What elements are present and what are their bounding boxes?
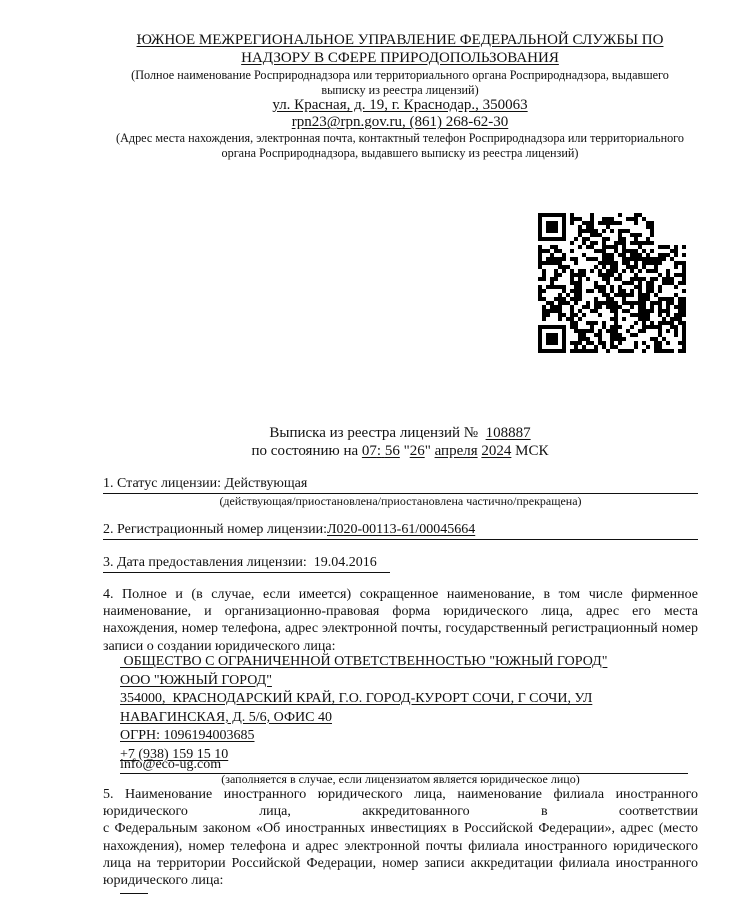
as-of-prefix: по состоянию на (252, 443, 359, 459)
org-name-note-line-1: (Полное наименование Росприроднадзора ил… (100, 68, 700, 83)
foreign-entity-line-2: юридического лица, аккредитованного в со… (103, 803, 698, 820)
legal-entity-address-line-2: НАВАГИНСКАЯ, Д. 5/6, ОФИС 40 (120, 709, 607, 728)
address-note-line-2: органа Росприроднадзора, выдавшего выпис… (100, 146, 700, 161)
legal-entity-email: info@eco-ug.com (120, 757, 221, 772)
as-of-hour: 07: (362, 443, 381, 459)
extract-title-prefix: Выписка из реестра лицензий № (269, 425, 478, 441)
issuing-authority-name: ЮЖНОЕ МЕЖРЕГИОНАЛЬНОЕ УПРАВЛЕНИЕ ФЕДЕРАЛ… (100, 31, 700, 67)
foreign-entity-line-1: 5. Наименование иностранного юридическог… (103, 786, 698, 803)
legal-entity-short-name: ООО "ЮЖНЫЙ ГОРОД" (120, 672, 607, 691)
org-name-note: (Полное наименование Росприроднадзора ил… (100, 68, 700, 98)
extract-number-line: Выписка из реестра лицензий № 108887 (200, 424, 600, 442)
legal-entity-details: ОБЩЕСТВО С ОГРАНИЧЕННОЙ ОТВЕТСТВЕННОСТЬЮ… (120, 653, 607, 764)
license-reg-number-row: 2. Регистрационный номер лицензии:Л020-0… (103, 522, 698, 540)
foreign-entity-value-blank (120, 893, 148, 894)
license-status-label: 1. Статус лицензии: (103, 476, 221, 491)
legal-entity-full-name: ОБЩЕСТВО С ОГРАНИЧЕННОЙ ОТВЕТСТВЕННОСТЬЮ… (120, 653, 607, 672)
as-of-month: апреля (435, 443, 478, 459)
as-of-day: 26 (410, 443, 425, 459)
org-name-note-line-2: выписку из реестра лицензий) (100, 83, 700, 98)
extract-number: 108887 (486, 425, 531, 441)
authority-contacts: ул. Красная, д. 19, г. Краснодар., 35006… (100, 97, 700, 131)
foreign-entity-description: 5. Наименование иностранного юридическог… (103, 786, 698, 889)
license-issue-date-value: 19.04.2016 (314, 555, 377, 570)
foreign-entity-rest: с Федеральным законом «Об иностранных ин… (103, 821, 698, 888)
license-status-value: Действующая (225, 476, 308, 491)
as-of-timezone: МСК (515, 443, 548, 459)
extract-as-of-line: по состоянию на 07: 56 "26" апреля 2024 … (200, 442, 600, 460)
address-note-line-1: (Адрес места нахождения, электронная поч… (100, 131, 700, 146)
license-status-row: 1. Статус лицензии: Действующая (103, 476, 698, 494)
license-issue-date-row: 3. Дата предоставления лицензии: 19.04.2… (103, 555, 390, 573)
as-of-year: 2024 (481, 443, 511, 459)
legal-entity-ogrn: ОГРН: 1096194003685 (120, 727, 607, 746)
org-name-line-1: ЮЖНОЕ МЕЖРЕГИОНАЛЬНОЕ УПРАВЛЕНИЕ ФЕДЕРАЛ… (100, 31, 700, 49)
extract-title: Выписка из реестра лицензий № 108887 по … (200, 424, 600, 460)
license-reg-number-label: 2. Регистрационный номер лицензии: (103, 522, 327, 537)
address-note: (Адрес места нахождения, электронная поч… (100, 131, 700, 161)
legal-entity-note: (заполняется в случае, если лицензиатом … (103, 772, 698, 786)
authority-email-phone: rpn23@rpn.gov.ru, (861) 268-62-30 (100, 114, 700, 131)
legal-entity-address-line-1: 354000, КРАСНОДАРСКИЙ КРАЙ, Г.О. ГОРОД-К… (120, 690, 607, 709)
as-of-minute: 56 (385, 443, 400, 459)
license-issue-date-label: 3. Дата предоставления лицензии: (103, 555, 307, 570)
authority-address: ул. Красная, д. 19, г. Краснодар., 35006… (100, 97, 700, 114)
qr-code-icon (538, 213, 686, 353)
license-reg-number-value: Л020-00113-61/00045664 (327, 522, 475, 537)
legal-entity-description: 4. Полное и (в случае, если имеется) сок… (103, 586, 698, 655)
org-name-line-2: НАДЗОРУ В СФЕРЕ ПРИРОДОПОЛЬЗОВАНИЯ (100, 49, 700, 67)
license-status-note: (действующая/приостановлена/приостановле… (103, 494, 698, 508)
